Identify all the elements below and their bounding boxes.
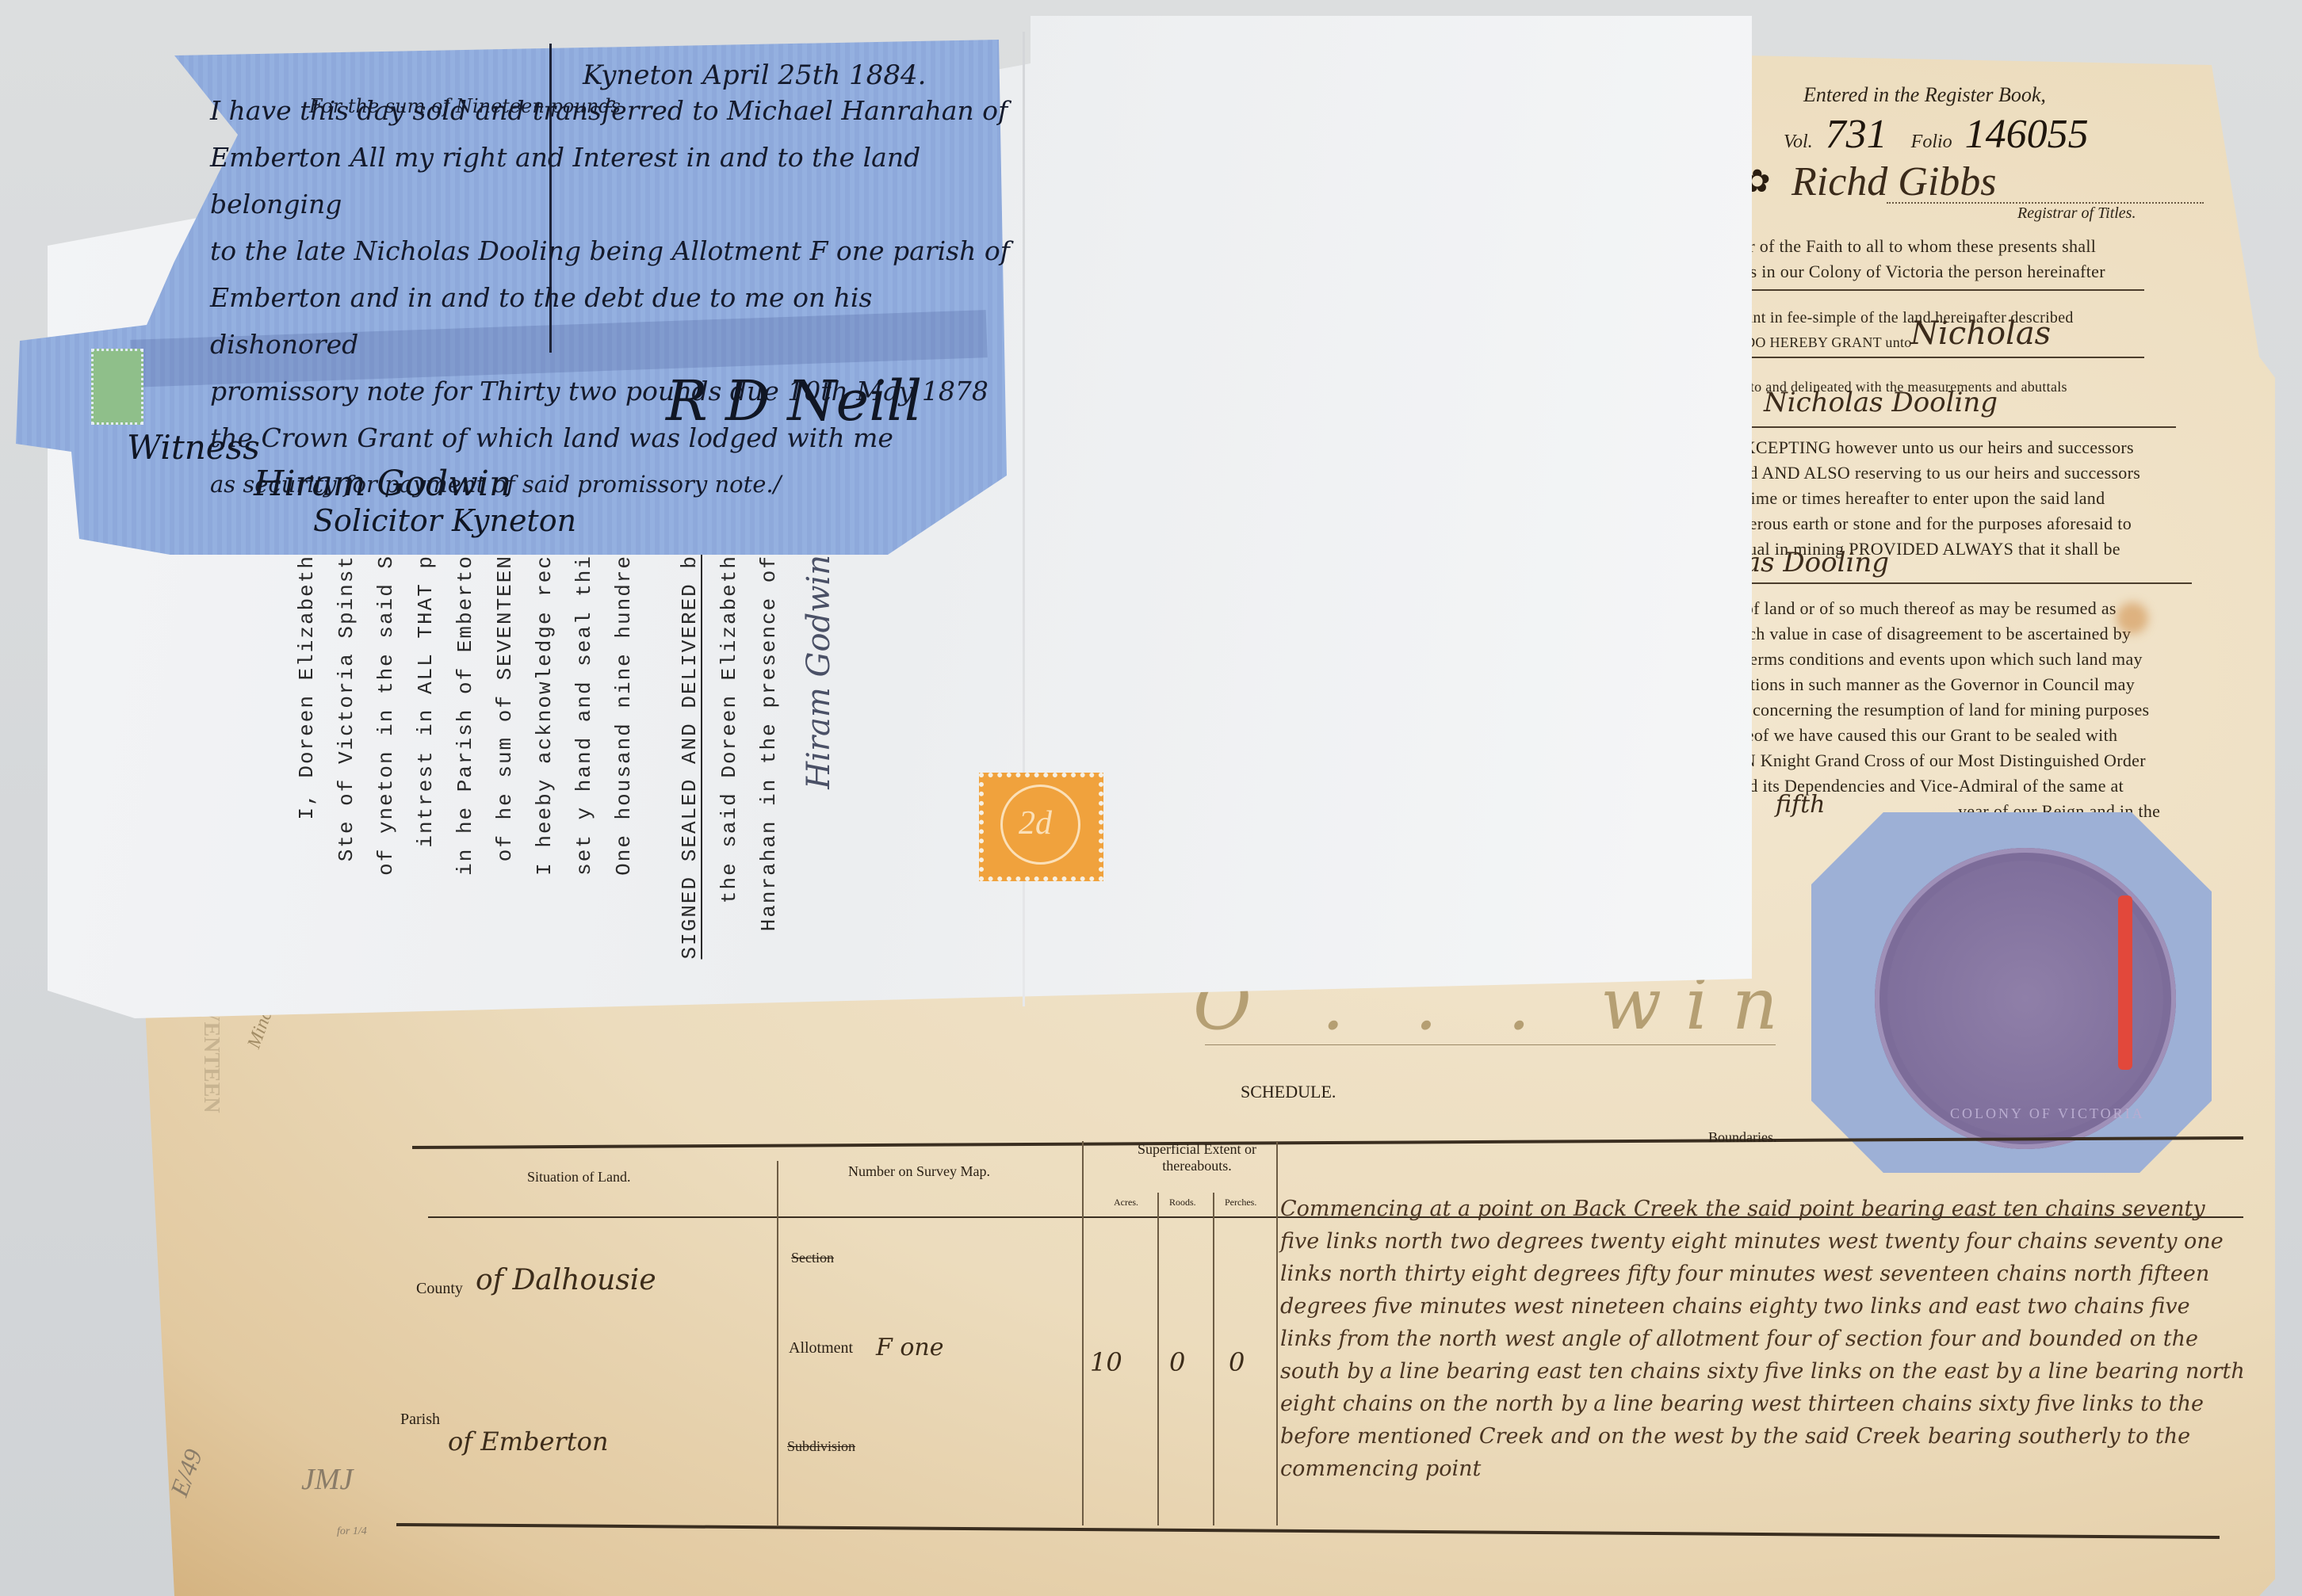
grant-line: y time or times hereafter to enter upon … [1732, 488, 2105, 509]
reign-year: fifth [1776, 791, 1826, 819]
typed-line: the said Doreen Elizabeth [717, 555, 741, 903]
vol-label: Vol. [1784, 132, 1813, 152]
section-label: Section [791, 1250, 834, 1266]
grant-line: EXCEPTING however unto us our heirs and … [1732, 437, 2134, 458]
header-roods: Roods. [1169, 1197, 1196, 1208]
col-divider [1213, 1193, 1214, 1525]
register-heading: Entered in the Register Book, [1803, 83, 2046, 107]
county-label: County [416, 1280, 463, 1298]
typed-line: One housand nine hundre [612, 555, 636, 876]
seller-signature: R D Neill [666, 368, 922, 433]
vol-value: 731 [1826, 112, 1887, 157]
letter-line: Emberton All my right and Interest in an… [210, 134, 1011, 227]
typed-line: in he Parish of Emberto [453, 555, 477, 876]
grant-line: nds in our Colony of Victoria the person… [1732, 262, 2105, 282]
typed-line: Ste of Victoria Spinst [335, 555, 358, 861]
allotment-label: Allotment [789, 1339, 853, 1357]
parish-label: Parish [400, 1411, 440, 1429]
witness-name: Hiram Godwin [254, 464, 511, 504]
grant-line: and AND ALSO reserving to us our heirs a… [1732, 463, 2140, 483]
parish-value: of Emberton [448, 1426, 608, 1457]
divider [1732, 582, 2192, 584]
header-situation: Situation of Land. [527, 1169, 630, 1186]
grant-line: E DO HEREBY GRANT unto [1732, 334, 1912, 351]
rust-stain [2117, 602, 2148, 634]
letter-line: to the late Nicholas Dooling being Allot… [210, 227, 1011, 274]
col-divider [1276, 1141, 1278, 1525]
grant-line: ilations in such manner as the Governor … [1732, 674, 2135, 695]
col-divider [1082, 1141, 1084, 1525]
allotment-value: F one [876, 1334, 944, 1361]
stamp-value: 2d [1019, 804, 1052, 842]
witness-label: Witness [127, 428, 260, 467]
typed-line: I heeby acknowledge rec [533, 555, 556, 876]
pencil-note: for 1/4 [337, 1525, 367, 1538]
grant-line: ns concerning the resumption of land for… [1732, 700, 2149, 720]
grant-line: EN Knight Grand Cross of our Most Distin… [1732, 750, 2146, 771]
header-perches: Perches. [1225, 1197, 1256, 1208]
grant-line: der of the Faith to all to whom these pr… [1732, 236, 2096, 257]
divider [1732, 289, 2144, 291]
perches-value: 0 [1229, 1347, 1245, 1377]
acres-value: 10 [1090, 1347, 1122, 1377]
header-survey: Number on Survey Map. [848, 1163, 990, 1180]
typed-line: set y hand and seal thi [572, 555, 596, 876]
witness-signature-typed-sheet: Hiram Godwin [801, 555, 837, 789]
folio-value: 146055 [1965, 112, 2089, 157]
witness-title: Solicitor Kyneton [313, 503, 576, 538]
roods-value: 0 [1169, 1347, 1185, 1377]
seal-inscription: COLONY OF VICTORIA [1950, 1105, 2145, 1122]
registrar-signature: Richd Gibbs [1792, 158, 1997, 205]
subdivision-label: Subdivision [787, 1438, 855, 1455]
grantee-name-partial: las Dooling [1736, 547, 1889, 578]
grant-line: such value in case of disagreement to be… [1732, 624, 2131, 644]
letter-body: I have this day sold and transferred to … [210, 87, 1011, 508]
header-extent: Superficial Extent or thereabouts. [1118, 1141, 1276, 1174]
red-wax-edge [2118, 895, 2132, 1070]
col-divider [777, 1161, 778, 1525]
typed-line: of he sum of SEVENTEEN [493, 555, 517, 861]
typed-line: Hanrahan in the presence of [757, 555, 781, 931]
typed-line: of yneton in the said S [374, 555, 398, 876]
typed-line-signed: SIGNED SEALED AND DELIVERED b [678, 555, 702, 959]
grant-line: ereof we have caused this our Grant to b… [1732, 725, 2117, 746]
grant-line: e terms conditions and events upon which… [1732, 649, 2143, 670]
letter-line: Emberton and in and to the debt due to m… [210, 274, 1011, 368]
grantee-name-full: Nicholas Dooling [1764, 387, 1998, 418]
typed-line: intrest in ALL THAT p [414, 555, 438, 848]
boundaries-description: Commencing at a point on Back Creek the … [1280, 1193, 2247, 1485]
divider [1732, 357, 2144, 358]
revenue-stamp [91, 349, 143, 425]
schedule-title: SCHEDULE. [1241, 1082, 1336, 1102]
letter-line: I have this day sold and transferred to … [210, 87, 1011, 134]
registrar-label: Registrar of Titles. [2017, 204, 2136, 223]
register-volume: Vol. 731 Folio 146055 [1784, 111, 2108, 158]
header-boundaries: Boundaries. [1708, 1129, 1776, 1146]
grant-line: riferous earth or stone and for the purp… [1732, 514, 2132, 534]
divider [1732, 426, 2176, 428]
folio-label: Folio [1911, 132, 1952, 152]
col-divider [1157, 1193, 1159, 1525]
divider [1205, 1044, 1776, 1045]
grant-line: e of land or of so much thereof as may b… [1732, 598, 2117, 619]
county-value: of Dalhousie [476, 1264, 656, 1296]
grantee-name: Nicholas [1910, 315, 2051, 352]
header-acres: Acres. [1114, 1197, 1138, 1208]
pencil-note: JMJ [301, 1462, 353, 1497]
letter-date: Kyneton April 25th 1884. [583, 59, 926, 91]
typed-line: I, Doreen Elizabeth [295, 555, 319, 819]
